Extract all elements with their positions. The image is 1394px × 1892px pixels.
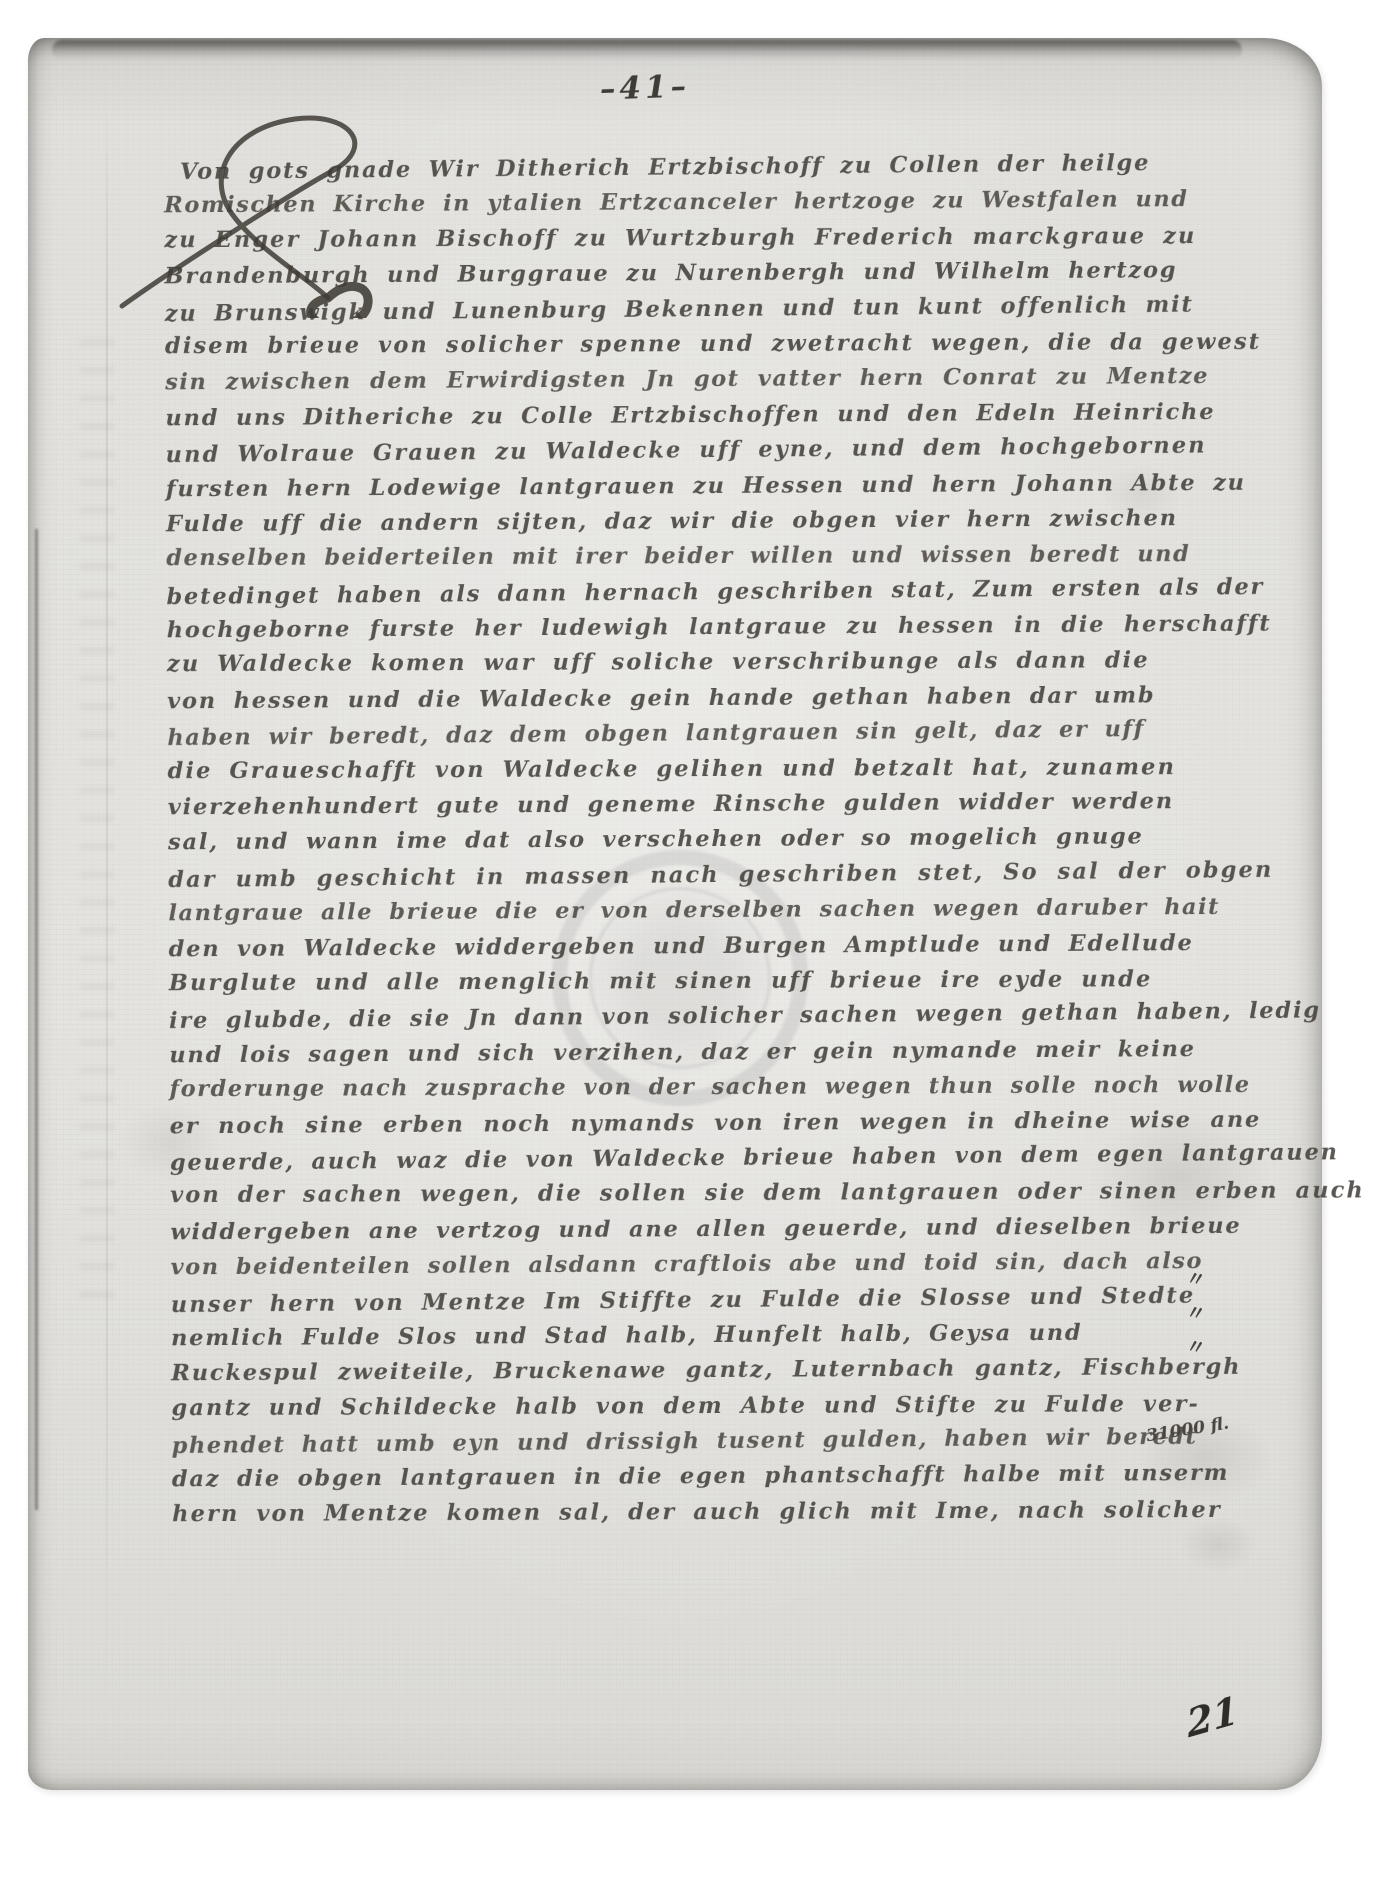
manuscript-line: daz die obgen lantgrauen in die egen pha… (172, 1456, 1264, 1498)
manuscript-line: Ruckespul zweiteile, Bruckenawe gantz, L… (171, 1350, 1263, 1392)
margin-ditto-marks: 〃〃〃 (1186, 1262, 1206, 1364)
margin-ditto-mark: 〃 (1183, 1261, 1209, 1298)
manuscript-line: forderunge nach zusprache von der sachen… (169, 1068, 1261, 1108)
calligraphic-initial-icon (108, 98, 408, 318)
manuscript-line: und lois sagen und sich verzihen, daz er… (169, 1031, 1261, 1073)
manuscript-text-block: Von gots gnade Wir Ditherich Ertzbischof… (164, 147, 1264, 1534)
scanned-manuscript-photo: –41– Von gots gnade Wir Ditherich Ertzbi… (0, 0, 1394, 1892)
manuscript-line: Fulde uff die andern sijten, daz wir die… (166, 501, 1258, 543)
manuscript-line: den von Waldecke widdergeben und Burgen … (169, 925, 1261, 967)
ink-bleed-through (80, 338, 114, 1298)
margin-ditto-mark: 〃 (1183, 1329, 1209, 1366)
manuscript-line: hern von Mentze komen sal, der auch glic… (172, 1493, 1264, 1533)
margin-ditto-mark: 〃 (1183, 1295, 1209, 1332)
manuscript-line: zu Waldecke komen war uff soliche versch… (167, 643, 1259, 683)
manuscript-line: von der sachen wegen, die sollen sie dem… (170, 1174, 1262, 1214)
manuscript-line: die Graueschafft von Waldecke gelihen un… (168, 749, 1260, 789)
manuscript-line: disem brieue von solicher spenne und zwe… (165, 325, 1257, 365)
